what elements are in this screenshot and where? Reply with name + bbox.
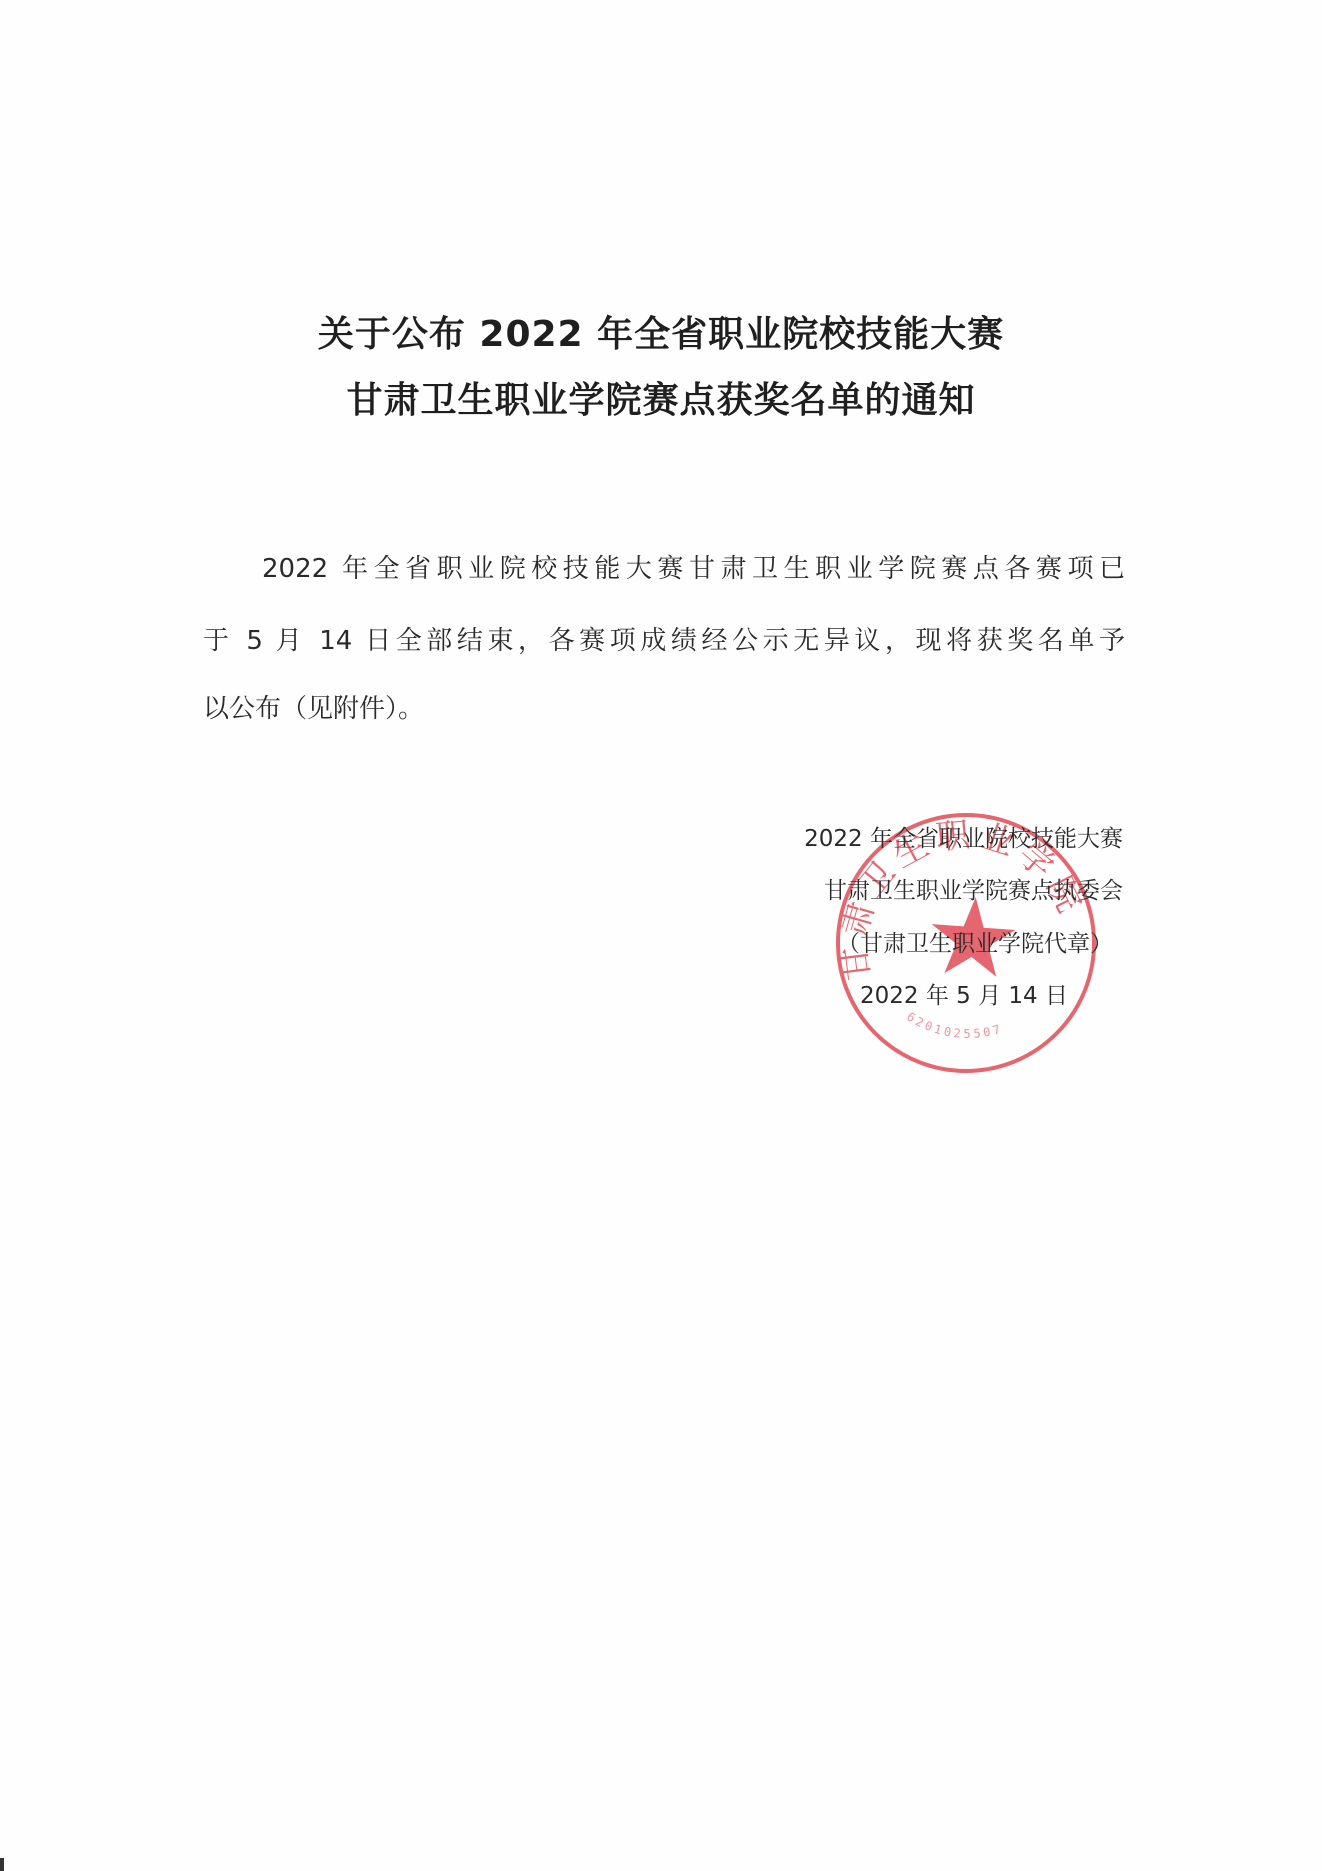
signature-org-line-1: 2022 年全省职业院校技能大赛 — [804, 820, 1123, 853]
signature-org-line-2: 甘肃卫生职业学院赛点执委会 — [824, 872, 1123, 905]
document-page: 关于公布 2022 年全省职业院校技能大赛 甘肃卫生职业学院赛点获奖名单的通知 … — [0, 0, 1322, 1871]
document-title-line-2: 甘肃卫生职业学院赛点获奖名单的通知 — [0, 372, 1322, 423]
seal-serial-number: 6201025507 — [904, 1009, 1005, 1040]
scan-edge-mark — [0, 1858, 4, 1871]
svg-text:6201025507: 6201025507 — [904, 1009, 1005, 1040]
signature-seal-note: （甘肃卫生职业学院代章） — [837, 925, 1113, 958]
body-paragraph-line-2: 于 5 月 14 日全部结束，各赛项成绩经公示无异议，现将获奖名单予 — [203, 620, 1125, 657]
body-paragraph-line-3: 以公布（见附件）。 — [203, 688, 1125, 725]
body-paragraph-line-1: 2022 年全省职业院校技能大赛甘肃卫生职业学院赛点各赛项已 — [262, 548, 1125, 585]
signature-date: 2022 年 5 月 14 日 — [860, 977, 1068, 1010]
document-title-line-1: 关于公布 2022 年全省职业院校技能大赛 — [0, 306, 1322, 357]
